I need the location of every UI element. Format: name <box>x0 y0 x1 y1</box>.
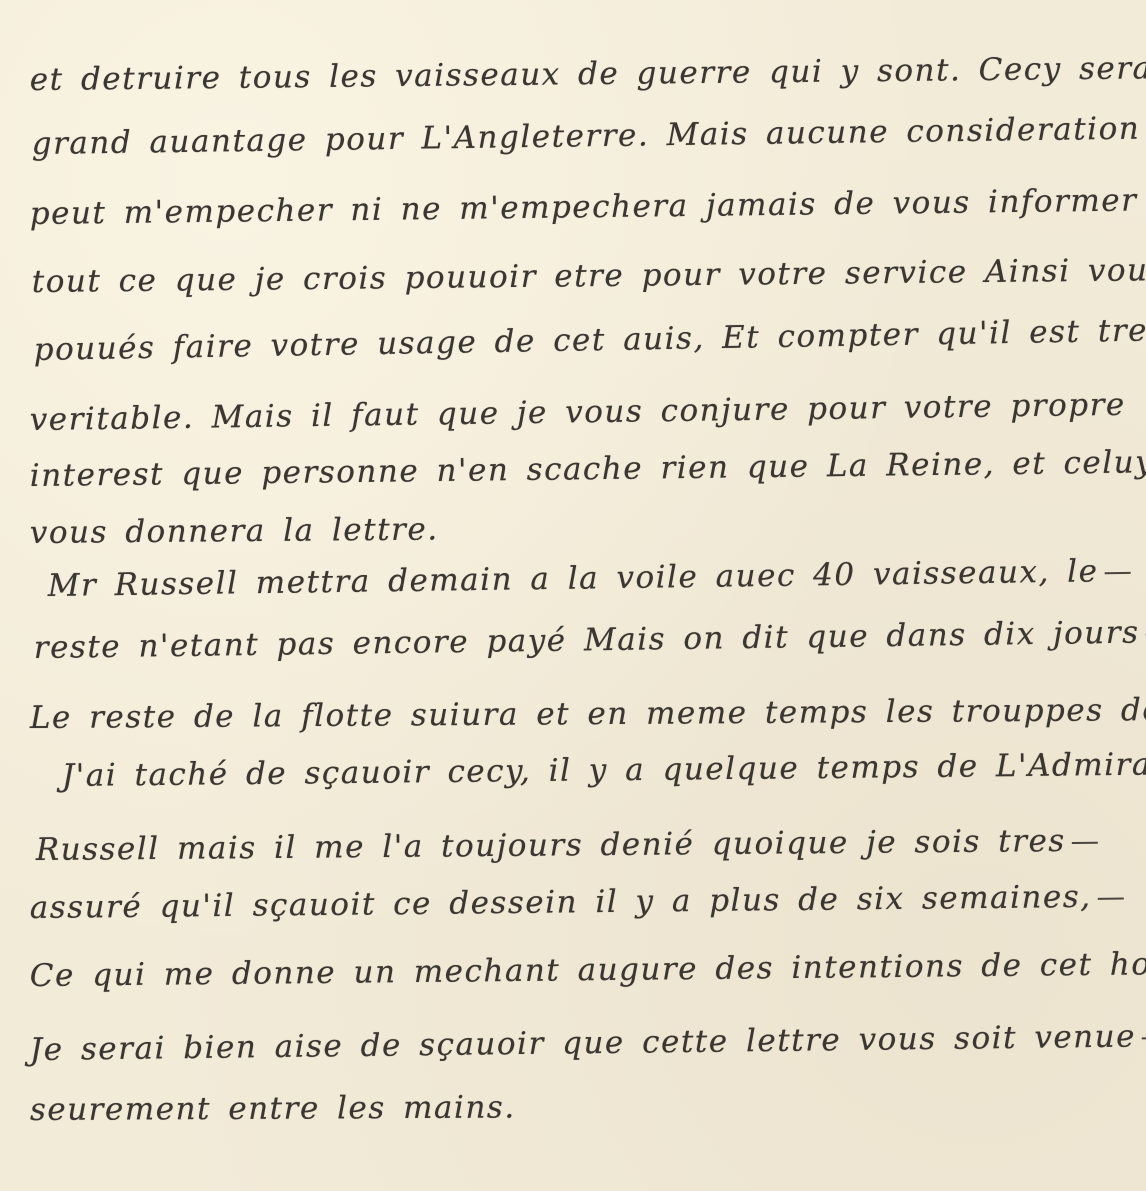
line-text: vous donnera la lettre. <box>30 511 439 551</box>
line-text: assuré qu'il sçauoit ce dessein il y a p… <box>30 879 1092 926</box>
line-text: Russell mais il me l'a toujours denié qu… <box>36 823 1066 868</box>
line-text: et detruire tous les vaisseaux de guerre… <box>30 50 1146 98</box>
line-text: peut m'empecher ni ne m'empechera jamais… <box>30 182 1146 232</box>
manuscript-line-8: vous donnera la lettre. <box>30 511 439 551</box>
manuscript-line-7: interest que personne n'en scache rien q… <box>30 443 1146 494</box>
line-text: interest que personne n'en scache rien q… <box>30 443 1146 494</box>
manuscript-line-11: Le reste de la flotte suiura et en meme … <box>30 691 1146 736</box>
manuscript-line-16: Je serai bien aise de sçauoir que cette … <box>30 1018 1146 1068</box>
line-end-flourish <box>1104 571 1130 573</box>
manuscript-line-6: veritable. Mais il faut que je vous conj… <box>29 387 1126 438</box>
manuscript-line-1: et detruire tous les vaisseaux de guerre… <box>30 49 1146 98</box>
line-text: tout ce que je crois pouuoir etre pour v… <box>32 252 1146 300</box>
manuscript-page: et detruire tous les vaisseaux de guerre… <box>0 0 1146 1191</box>
manuscript-line-5: pouués faire votre usage de cet auis, Et… <box>33 312 1146 368</box>
line-text: grand auantage pour L'Angleterre. Mais a… <box>31 110 1146 162</box>
line-text: Le reste de la flotte suiura et en meme … <box>30 691 1146 736</box>
line-end-flourish <box>1142 1037 1146 1039</box>
manuscript-line-9: Mr Russell mettra demain a la voile auec… <box>47 553 1130 604</box>
line-text: J'ai taché de sçauoir cecy, il y a quelq… <box>62 746 1146 794</box>
manuscript-line-12: J'ai taché de sçauoir cecy, il y a quelq… <box>62 746 1146 794</box>
manuscript-line-15: Ce qui me donne un mechant augure des in… <box>30 945 1146 994</box>
line-text: reste n'etant pas encore payé Mais on di… <box>33 615 1139 666</box>
line-text: Mr Russell mettra demain a la voile auec… <box>47 553 1098 604</box>
manuscript-line-13: Russell mais il me l'a toujours denié qu… <box>36 823 1098 868</box>
line-end-flourish <box>1072 841 1098 843</box>
line-text: pouués faire votre usage de cet auis, Et… <box>33 312 1146 368</box>
line-text: seurement entre les mains. <box>30 1089 516 1128</box>
line-text: veritable. Mais il faut que je vous conj… <box>29 387 1126 438</box>
line-text: Je serai bien aise de sçauoir que cette … <box>30 1018 1137 1068</box>
manuscript-line-14: assuré qu'il sçauoit ce dessein il y a p… <box>30 879 1124 926</box>
manuscript-line-10: reste n'etant pas encore payé Mais on di… <box>33 614 1146 666</box>
line-text: Ce qui me donne un mechant augure des in… <box>30 945 1146 994</box>
manuscript-line-3: peut m'empecher ni ne m'empechera jamais… <box>30 182 1146 232</box>
line-end-flourish <box>1098 897 1124 899</box>
manuscript-line-17: seurement entre les mains. <box>30 1089 516 1128</box>
manuscript-line-4: tout ce que je crois pouuoir etre pour v… <box>32 252 1146 300</box>
manuscript-line-2: grand auantage pour L'Angleterre. Mais a… <box>31 109 1146 162</box>
